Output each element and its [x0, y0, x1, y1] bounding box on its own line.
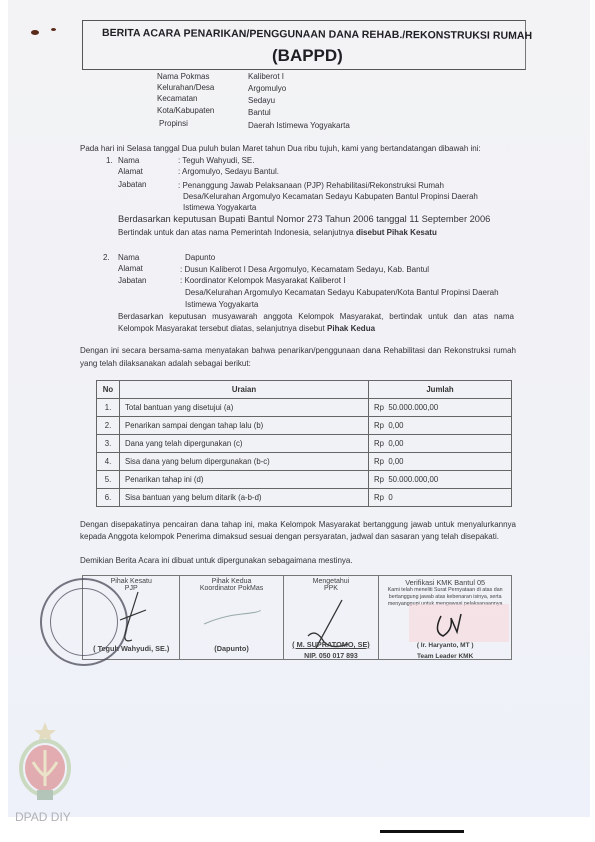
row-description: Total bantuan yang disetujui (a)	[120, 399, 369, 417]
signature-role: Pihak Kedua	[182, 578, 280, 585]
location-label: Kecamatan	[157, 94, 197, 103]
signature-cell-kmk: Verifikasi KMK Bantul 05 Kami telah mene…	[379, 576, 512, 660]
currency-label: Rp	[374, 421, 384, 430]
signatory-nip: NIP. 050 017 893	[284, 653, 379, 660]
column-header-no: No	[97, 381, 120, 399]
row-description: Sisa dana yang belum dipergunakan (b-c)	[120, 453, 369, 471]
row-amount: Rp 0,00	[369, 417, 512, 435]
signature-scribble	[431, 612, 467, 640]
table-row: 2.Penarikan sampai dengan tahap lalu (b)…	[97, 417, 512, 435]
location-label: Kelurahan/Desa	[157, 83, 214, 92]
decree-text: Berdasarkan keputusan Bupati Bantul Nomo…	[118, 214, 490, 224]
signatory-title: Team Leader KMK	[379, 653, 511, 660]
amount-value: 0	[388, 493, 392, 502]
currency-label: Rp	[374, 493, 384, 502]
table-row: 4.Sisa dana yang belum dipergunakan (b-c…	[97, 453, 512, 471]
location-value: Daerah Istimewa Yogyakarta	[248, 121, 350, 130]
table-row: 3.Dana yang telah dipergunakan (c)Rp 0,0…	[97, 435, 512, 453]
dpad-logo-icon	[13, 720, 77, 804]
location-value: Bantul	[248, 108, 271, 117]
document-subtitle: (BAPPD)	[272, 46, 343, 66]
funds-table: No Uraian Jumlah 1.Total bantuan yang di…	[96, 380, 512, 507]
currency-label: Rp	[374, 475, 384, 484]
location-value: Sedayu	[248, 96, 275, 105]
table-row: 1.Total bantuan yang disetujui (a)Rp 50.…	[97, 399, 512, 417]
statement-text: Dengan ini secara bersama-sama menyataka…	[80, 344, 516, 370]
amount-value: 0,00	[388, 439, 403, 448]
party-position: Istimewa Yogyakarta	[185, 300, 258, 309]
row-number: 2.	[97, 417, 120, 435]
signature-role: Verifikasi KMK Bantul 05	[381, 578, 509, 587]
row-amount: Rp 0,00	[369, 435, 512, 453]
row-number: 1.	[97, 399, 120, 417]
field-label: Jabatan	[118, 180, 146, 189]
table-row: 5.Penarikan tahap ini (d)Rp 50.000.000,0…	[97, 471, 512, 489]
stain-mark	[51, 28, 56, 31]
signature-subrole: Koordinator PokMas	[182, 585, 280, 592]
official-stamp	[40, 578, 128, 666]
row-description: Penarikan tahap ini (d)	[120, 471, 369, 489]
closing-statement: Demikian Berita Acara ini dibuat untuk d…	[80, 556, 353, 565]
page-mark-bar	[380, 830, 464, 833]
stain-mark	[31, 30, 39, 35]
location-value: Kaliberot I	[248, 72, 284, 81]
row-amount: Rp 0	[369, 489, 512, 507]
signature-cell-ppk: Mengetahui PPK ( M. SUPRATOMO, SE) NIP. …	[283, 576, 379, 660]
row-number: 5.	[97, 471, 120, 489]
party-address: : Argomulyo, Sedayu Bantul.	[178, 167, 279, 176]
row-description: Sisa bantuan yang belum ditarik (a-b-d)	[120, 489, 369, 507]
field-label: Alamat	[118, 167, 143, 176]
party-position: Istimewa Yogyakarta	[183, 203, 256, 212]
amount-value: 0,00	[388, 421, 403, 430]
amount-value: 50.000.000,00	[388, 403, 438, 412]
stamp-inner-ring	[50, 588, 118, 656]
row-amount: Rp 0,00	[369, 453, 512, 471]
row-description: Dana yang telah dipergunakan (c)	[120, 435, 369, 453]
acting-text: Bertindak untuk dan atas nama Pemerintah…	[118, 228, 437, 237]
party-position: Desa/Kelurahan Argomulyo Kecamatan Seday…	[183, 192, 478, 201]
field-label: Nama	[118, 156, 139, 165]
closing-text: Dengan disepakatinya pencairan dana taha…	[80, 519, 516, 543]
location-label: Kota/Kabupaten	[157, 106, 214, 115]
currency-label: Rp	[374, 457, 384, 466]
location-label: Propinsi	[159, 119, 188, 128]
column-header-jumlah: Jumlah	[369, 381, 512, 399]
party-number: 1.	[106, 156, 113, 165]
party-name: : Teguh Wahyudi, SE.	[178, 156, 255, 165]
basis-text-bold: Pihak Kedua	[327, 324, 375, 333]
row-number: 6.	[97, 489, 120, 507]
party-position: : Penanggung Jawab Pelaksanaan (PJP) Reh…	[178, 181, 444, 190]
intro-text: Pada hari ini Selasa tanggal Dua puluh b…	[80, 144, 481, 153]
signature-scribble	[302, 598, 352, 658]
location-label: Nama Pokmas	[157, 72, 209, 81]
row-number: 3.	[97, 435, 120, 453]
basis-text: Berdasarkan keputusan musyawarah anggota…	[118, 311, 514, 335]
basis-text-plain: Berdasarkan keputusan musyawarah anggota…	[118, 312, 514, 333]
row-amount: Rp 50.000.000,00	[369, 399, 512, 417]
signature-scribble	[202, 608, 262, 628]
location-value: Argomulyo	[248, 84, 286, 93]
watermark-text: DPAD DIY	[15, 810, 71, 824]
party-address: : Dusun Kaliberot I Desa Argomulyo, Keca…	[180, 265, 429, 274]
acting-text-bold: disebut Pihak Kesatu	[356, 228, 437, 237]
row-number: 4.	[97, 453, 120, 471]
acting-text-plain: Bertindak untuk dan atas nama Pemerintah…	[118, 228, 356, 237]
signature-subrole: PPK	[286, 585, 377, 592]
field-label: Jabatan	[118, 276, 146, 285]
signature-scribble	[118, 590, 148, 650]
table-row: 6.Sisa bantuan yang belum ditarik (a-b-d…	[97, 489, 512, 507]
currency-label: Rp	[374, 403, 384, 412]
amount-value: 0,00	[388, 457, 403, 466]
field-label: Nama	[118, 253, 139, 262]
column-header-uraian: Uraian	[120, 381, 369, 399]
table-header-row: No Uraian Jumlah	[97, 381, 512, 399]
signatory-name: ( M. SUPRATOMO, SE)	[284, 640, 379, 649]
signatory-name: ( Ir. Haryanto, MT )	[379, 642, 511, 649]
amount-value: 50.000.000,00	[388, 475, 438, 484]
field-label: Alamat	[118, 264, 143, 273]
party-number: 2.	[103, 253, 110, 262]
currency-label: Rp	[374, 439, 384, 448]
party-position: : Koordinator Kelompok Masyarakat Kalibe…	[180, 276, 345, 285]
signature-role: Mengetahui	[286, 578, 377, 585]
signatory-name: (Dapunto)	[180, 644, 282, 653]
party-position: Desa/Kelurahan Argomulyo Kecamatan Seday…	[185, 288, 499, 297]
row-description: Penarikan sampai dengan tahap lalu (b)	[120, 417, 369, 435]
row-amount: Rp 50.000.000,00	[369, 471, 512, 489]
party-name: Dapunto	[185, 253, 215, 262]
signature-cell-pihak-kedua: Pihak Kedua Koordinator PokMas (Dapunto)	[180, 576, 283, 660]
